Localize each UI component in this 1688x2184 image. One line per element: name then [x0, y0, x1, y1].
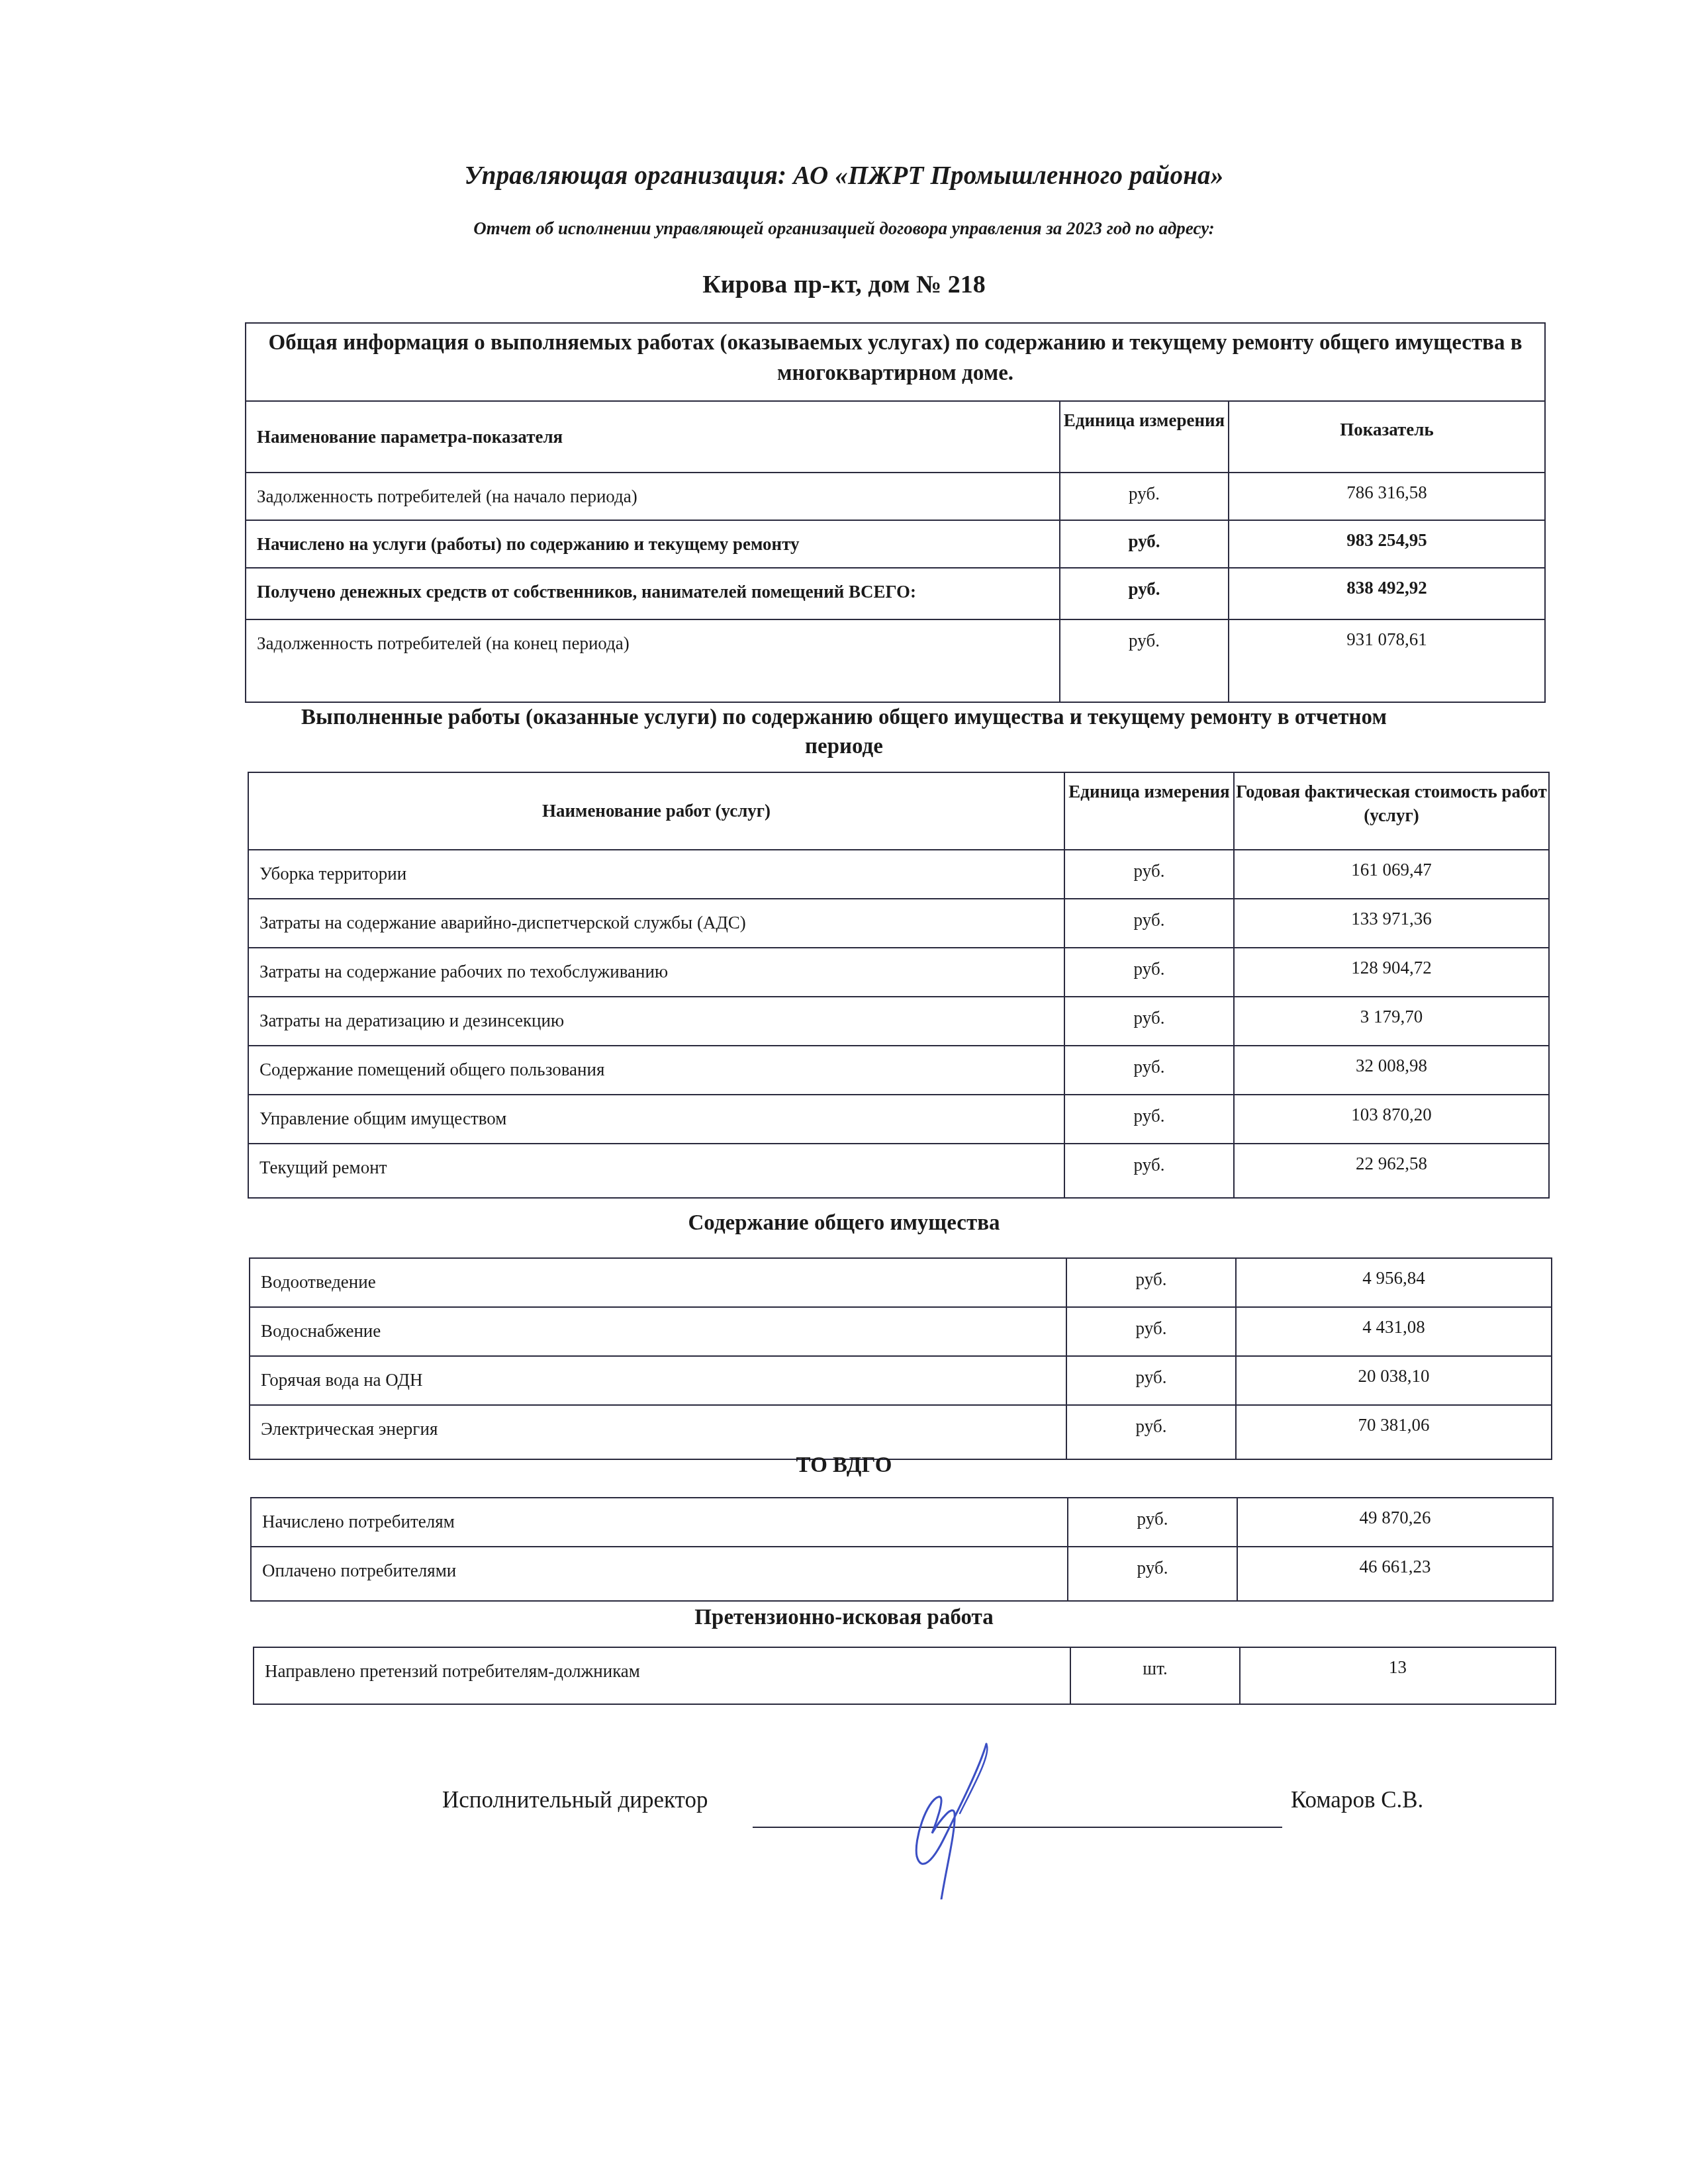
row-name-cell: Уборка территории [248, 850, 1064, 899]
column-header-unit: Единица измерения [1060, 401, 1229, 473]
common-property-table: Водоотведениеруб.4 956,84Водоснабжениеру… [249, 1257, 1552, 1460]
row-name-cell: Затраты на содержание аварийно-диспетчер… [248, 899, 1064, 948]
row-unit-cell: руб. [1064, 948, 1234, 997]
row-unit-cell: руб. [1064, 997, 1234, 1046]
row-value-cell: 4 431,08 [1236, 1307, 1552, 1356]
row-value-cell: 13 [1240, 1647, 1556, 1704]
signatory-name: Комаров С.В. [1291, 1787, 1423, 1813]
table-row: Текущий ремонтруб.22 962,58 [248, 1144, 1549, 1198]
handwritten-signature [880, 1741, 1013, 1899]
table-row: Водоснабжениеруб.4 431,08 [250, 1307, 1552, 1356]
row-unit-cell: руб. [1066, 1356, 1236, 1405]
row-value-cell: 22 962,58 [1234, 1144, 1549, 1198]
row-name-cell: Задолженность потребителей (на начало пе… [246, 473, 1060, 520]
claims-table: Направлено претензий потребителям-должни… [253, 1647, 1556, 1705]
row-unit-cell: руб. [1066, 1258, 1236, 1307]
column-header-unit: Единица измерения [1064, 772, 1234, 850]
row-unit-cell: руб. [1068, 1547, 1237, 1601]
signatory-position: Исполнительный директор [442, 1787, 708, 1813]
row-value-cell: 4 956,84 [1236, 1258, 1552, 1307]
row-name-cell: Оплачено потребителями [251, 1547, 1068, 1601]
table-row: Задолженность потребителей (на начало пе… [246, 473, 1545, 520]
claims-title: Претензионно-исковая работа [0, 1603, 1688, 1632]
row-value-cell: 786 316,58 [1229, 473, 1545, 520]
row-unit-cell: руб. [1064, 1095, 1234, 1144]
table-row: Содержание помещений общего пользованияр… [248, 1046, 1549, 1095]
table-row: Начислено потребителямруб.49 870,26 [251, 1498, 1553, 1547]
column-header-work-name: Наименование работ (услуг) [248, 772, 1064, 850]
row-name-cell: Направлено претензий потребителям-должни… [254, 1647, 1070, 1704]
table-row: Направлено претензий потребителям-должни… [254, 1647, 1556, 1704]
row-unit-cell: руб. [1060, 619, 1229, 702]
organization-title: Управляющая организация: АО «ПЖРТ Промыш… [0, 161, 1688, 191]
row-name-cell: Начислено на услуги (работы) по содержан… [246, 520, 1060, 568]
column-header-annual-cost: Годовая фактическая стоимость работ (усл… [1234, 772, 1549, 850]
table-row: Горячая вода на ОДНруб.20 038,10 [250, 1356, 1552, 1405]
row-unit-cell: руб. [1064, 899, 1234, 948]
row-value-cell: 49 870,26 [1237, 1498, 1553, 1547]
row-unit-cell: руб. [1060, 473, 1229, 520]
row-unit-cell: руб. [1064, 1046, 1234, 1095]
row-value-cell: 3 179,70 [1234, 997, 1549, 1046]
row-value-cell: 838 492,92 [1229, 568, 1545, 619]
signature-line [753, 1827, 1282, 1828]
row-value-cell: 20 038,10 [1236, 1356, 1552, 1405]
general-info-caption: Общая информация о выполняемых работах (… [246, 323, 1545, 401]
table-row: Получено денежных средств от собственник… [246, 568, 1545, 619]
row-unit-cell: руб. [1060, 520, 1229, 568]
table-row: Водоотведениеруб.4 956,84 [250, 1258, 1552, 1307]
row-name-cell: Затраты на содержание рабочих по техобсл… [248, 948, 1064, 997]
table-row: Задолженность потребителей (на конец пер… [246, 619, 1545, 702]
row-unit-cell: руб. [1064, 1144, 1234, 1198]
row-value-cell: 46 661,23 [1237, 1547, 1553, 1601]
row-name-cell: Водоснабжение [250, 1307, 1066, 1356]
works-table: Наименование работ (услуг) Единица измер… [248, 772, 1550, 1199]
row-value-cell: 931 078,61 [1229, 619, 1545, 702]
works-section-title: Выполненные работы (оказанные услуги) по… [0, 703, 1688, 761]
report-subtitle: Отчет об исполнении управляющей организа… [0, 218, 1688, 239]
row-value-cell: 161 069,47 [1234, 850, 1549, 899]
table-row: Затраты на содержание рабочих по техобсл… [248, 948, 1549, 997]
row-unit-cell: руб. [1060, 568, 1229, 619]
gas-service-table: Начислено потребителямруб.49 870,26Оплач… [250, 1497, 1554, 1602]
table-row: Оплачено потребителямируб.46 661,23 [251, 1547, 1553, 1601]
row-name-cell: Текущий ремонт [248, 1144, 1064, 1198]
row-name-cell: Содержание помещений общего пользования [248, 1046, 1064, 1095]
common-property-title: Содержание общего имущества [0, 1208, 1688, 1238]
table-row: Управление общим имуществомруб.103 870,2… [248, 1095, 1549, 1144]
table-row: Уборка территориируб.161 069,47 [248, 850, 1549, 899]
row-unit-cell: шт. [1070, 1647, 1240, 1704]
row-value-cell: 32 008,98 [1234, 1046, 1549, 1095]
column-header-parameter: Наименование параметра-показателя [246, 401, 1060, 473]
row-name-cell: Получено денежных средств от собственник… [246, 568, 1060, 619]
row-name-cell: Водоотведение [250, 1258, 1066, 1307]
table-row: Затраты на содержание аварийно-диспетчер… [248, 899, 1549, 948]
row-value-cell: 983 254,95 [1229, 520, 1545, 568]
row-name-cell: Начислено потребителям [251, 1498, 1068, 1547]
gas-service-title: ТО ВДГО [0, 1451, 1688, 1480]
table-row: Затраты на дератизацию и дезинсекциюруб.… [248, 997, 1549, 1046]
column-header-value: Показатель [1229, 401, 1545, 473]
row-name-cell: Задолженность потребителей (на конец пер… [246, 619, 1060, 702]
row-value-cell: 133 971,36 [1234, 899, 1549, 948]
row-name-cell: Затраты на дератизацию и дезинсекцию [248, 997, 1064, 1046]
row-value-cell: 103 870,20 [1234, 1095, 1549, 1144]
row-unit-cell: руб. [1068, 1498, 1237, 1547]
row-unit-cell: руб. [1064, 850, 1234, 899]
table-row: Начислено на услуги (работы) по содержан… [246, 520, 1545, 568]
row-unit-cell: руб. [1066, 1307, 1236, 1356]
address-heading: Кирова пр-кт, дом № 218 [0, 270, 1688, 299]
general-info-table: Общая информация о выполняемых работах (… [245, 322, 1546, 703]
row-value-cell: 128 904,72 [1234, 948, 1549, 997]
row-name-cell: Управление общим имуществом [248, 1095, 1064, 1144]
row-name-cell: Горячая вода на ОДН [250, 1356, 1066, 1405]
